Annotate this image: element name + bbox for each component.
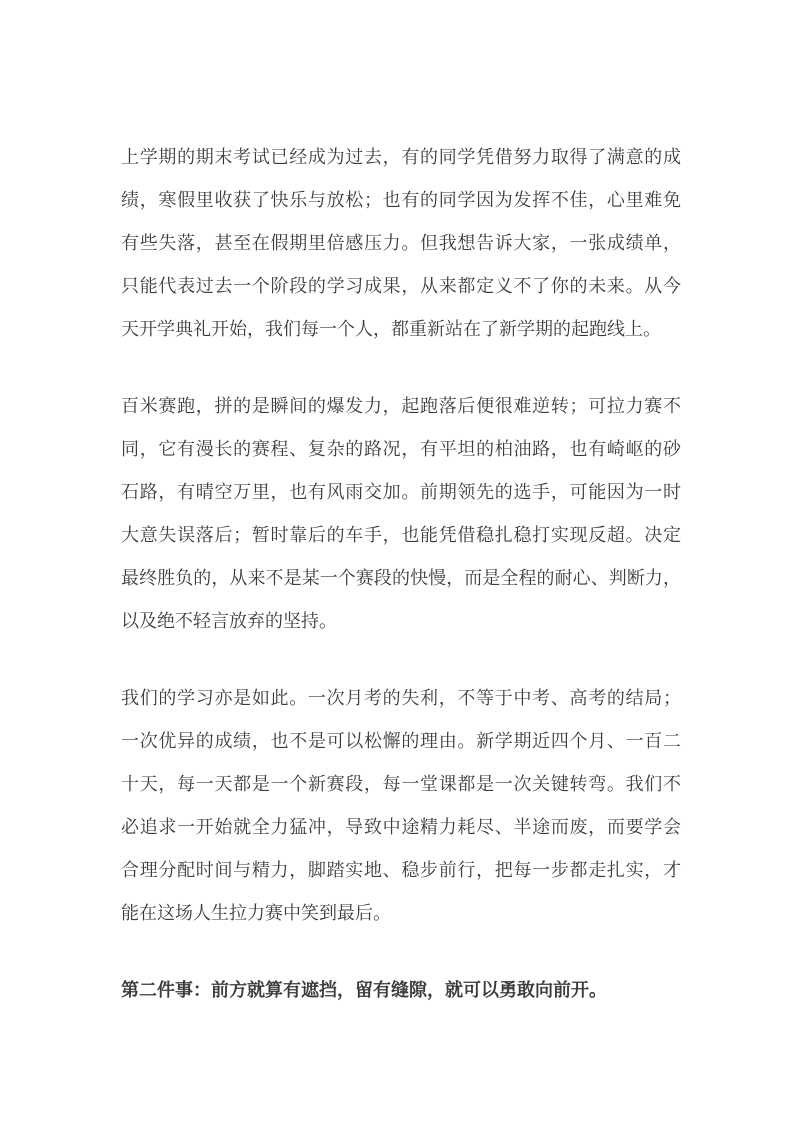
text-line: 我们的学习亦是如此。一次月考的失利，不等于中考、高考的结局； xyxy=(121,677,681,720)
text-line: 上学期的期末考试已经成为过去，有的同学凭借努力取得了满意的成 xyxy=(121,136,681,179)
text-line: 绩，寒假里收获了快乐与放松；也有的同学因为发挥不佳，心里难免 xyxy=(121,179,681,222)
document-body: 上学期的期末考试已经成为过去，有的同学凭借努力取得了满意的成绩，寒假里收获了快乐… xyxy=(121,136,681,1046)
text-line: 合理分配时间与精力，脚踏实地、稳步前行，把每一步都走扎实，才 xyxy=(121,849,681,892)
text-line: 十天，每一天都是一个新赛段，每一堂课都是一次关键转弯。我们不 xyxy=(121,763,681,806)
text-line: 只能代表过去一个阶段的学习成果，从来都定义不了你的未来。从今 xyxy=(121,265,681,308)
text-line: 石路，有晴空万里，也有风雨交加。前期领先的选手，可能因为一时 xyxy=(121,471,681,514)
text-line: 百米赛跑，拼的是瞬间的爆发力，起跑落后便很难逆转；可拉力赛不 xyxy=(121,385,681,428)
text-line: 第二件事：前方就算有遮挡，留有缝隙，就可以勇敢向前开。 xyxy=(121,969,681,1012)
text-line: 能在这场人生拉力赛中笑到最后。 xyxy=(121,892,681,935)
document-page: 上学期的期末考试已经成为过去，有的同学凭借努力取得了满意的成绩，寒假里收获了快乐… xyxy=(0,0,793,1122)
text-line: 大意失误落后；暂时靠后的车手，也能凭借稳扎稳打实现反超。决定 xyxy=(121,514,681,557)
text-line: 同，它有漫长的赛程、复杂的路况，有平坦的柏油路，也有崎岖的砂 xyxy=(121,428,681,471)
text-line: 最终胜负的，从来不是某一个赛段的快慢，而是全程的耐心、判断力， xyxy=(121,557,681,600)
paragraph-rally-race: 百米赛跑，拼的是瞬间的爆发力，起跑落后便很难逆转；可拉力赛不同，它有漫长的赛程、… xyxy=(121,385,681,643)
text-line: 天开学典礼开始，我们每一个人，都重新站在了新学期的起跑线上。 xyxy=(121,308,681,351)
text-line: 必追求一开始就全力猛冲，导致中途精力耗尽、半途而废，而要学会 xyxy=(121,806,681,849)
text-line: 以及绝不轻言放弃的坚持。 xyxy=(121,600,681,643)
text-line: 一次优异的成绩，也不是可以松懈的理由。新学期近四个月、一百二 xyxy=(121,720,681,763)
heading-second-item: 第二件事：前方就算有遮挡，留有缝隙，就可以勇敢向前开。 xyxy=(121,969,681,1012)
text-line: 有些失落，甚至在假期里倍感压力。但我想告诉大家，一张成绩单， xyxy=(121,222,681,265)
paragraph-study-analogy: 我们的学习亦是如此。一次月考的失利，不等于中考、高考的结局；一次优异的成绩，也不… xyxy=(121,677,681,935)
paragraph-exam-results: 上学期的期末考试已经成为过去，有的同学凭借努力取得了满意的成绩，寒假里收获了快乐… xyxy=(121,136,681,351)
